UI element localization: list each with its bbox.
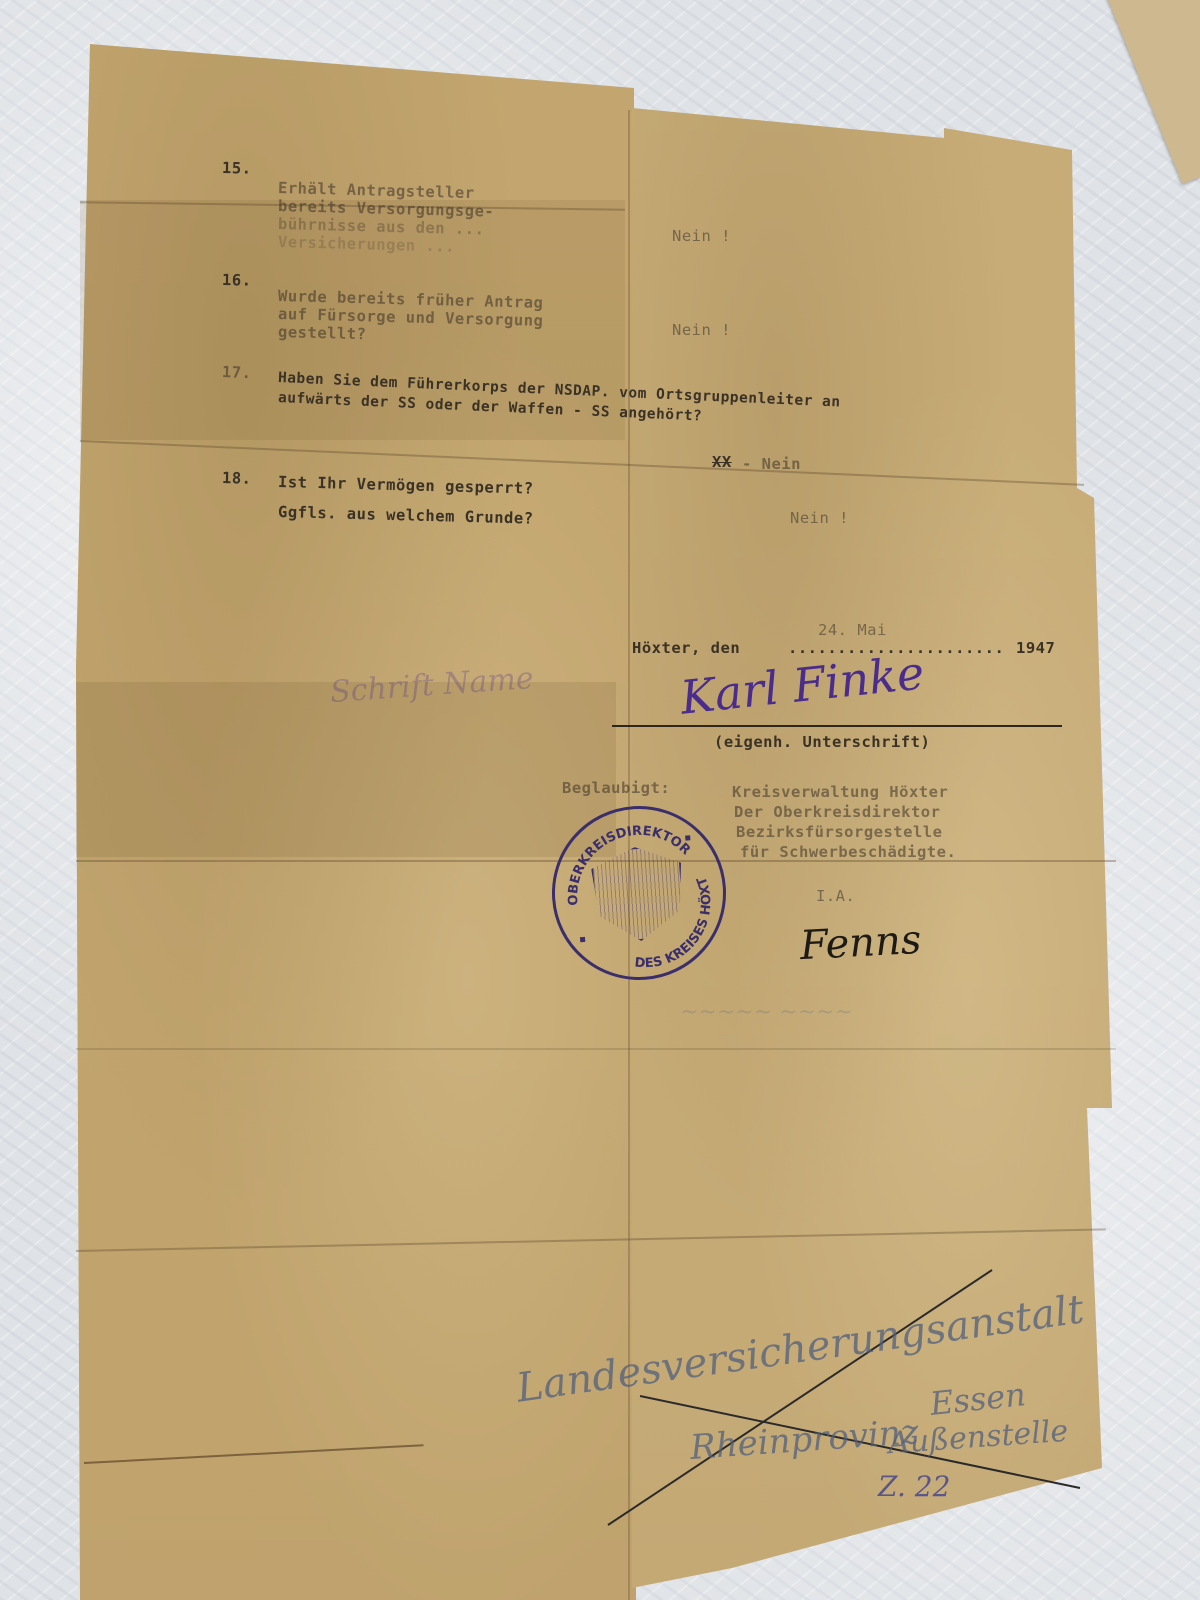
- pencil-note-line5: Z. 22: [878, 1470, 950, 1503]
- document-sheet: 15. Erhält Antragsteller bereits Versorg…: [0, 0, 1200, 1600]
